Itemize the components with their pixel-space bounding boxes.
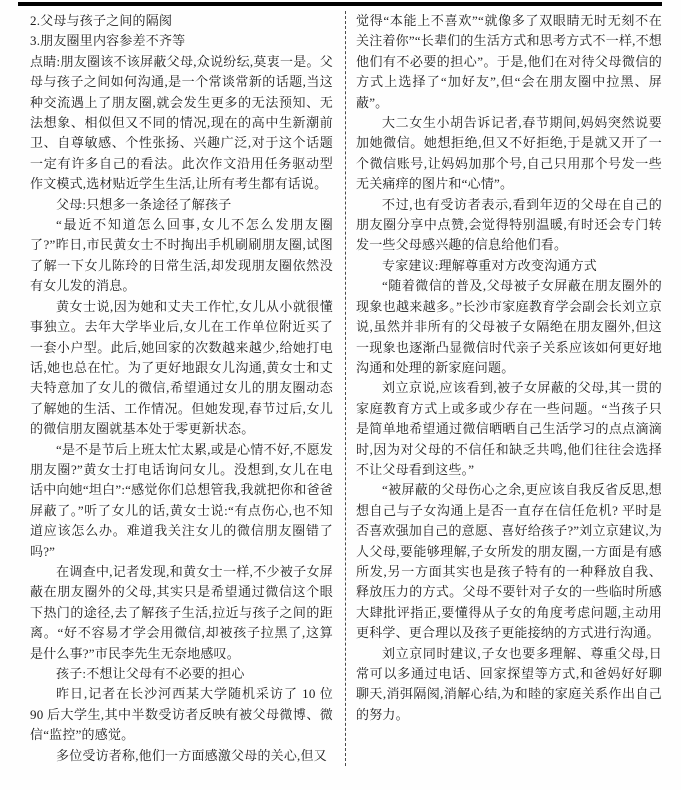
article-paragraph: 点睛:朋友圈该不该屏蔽父母,众说纷纭,莫衷一是。父母与孩子之间如何沟通,是一个常…	[30, 52, 333, 195]
section-subhead: 父母:只想多一条途径了解孩子	[30, 195, 333, 215]
article-paragraph: 3.朋友圈里内容参差不齐等	[30, 31, 333, 51]
article-paragraph: 黄女士说,因为她和丈夫工作忙,女儿从小就很懂事独立。去年大学毕业后,女儿在工作单…	[30, 297, 333, 440]
page-top-rule	[18, 2, 662, 6]
section-subhead: 专家建议:理解尊重对方改变沟通方式	[356, 256, 662, 276]
article-paragraph: “最近不知道怎么回事,女儿不怎么发朋友圈了?”昨日,市民黄女士不时掏出手机刷刷朋…	[30, 215, 333, 297]
article-paragraph: “被屏蔽的父母伤心之余,更应该自我反省反思,想想自己与子女沟通上是否一直存在信任…	[356, 480, 662, 643]
article-paragraph: 刘立京同时建议,子女也要多理解、尊重父母,日常可以多通过电话、回家探望等方式,和…	[356, 644, 662, 726]
scanned-article-page: 2.父母与孩子之间的隔阂3.朋友圈里内容参差不齐等点睛:朋友圈该不该屏蔽父母,众…	[0, 0, 681, 790]
column-divider-dashed-line	[345, 11, 346, 766]
article-columns: 2.父母与孩子之间的隔阂3.朋友圈里内容参差不齐等点睛:朋友圈该不该屏蔽父母,众…	[30, 11, 662, 766]
article-paragraph: “是不是节后上班太忙太累,或是心情不好,不愿发朋友圈?”黄女士打电话询问女儿。没…	[30, 440, 333, 562]
article-paragraph: 刘立京说,应该看到,被子女屏蔽的父母,其一贯的家庭教育方式上或多或少存在一些问题…	[356, 378, 662, 480]
article-paragraph: 大二女生小胡告诉记者,春节期间,妈妈突然说要加她微信。她想拒绝,但又不好拒绝,于…	[356, 113, 662, 195]
article-paragraph: 在调查中,记者发现,和黄女士一样,不少被子女屏蔽在朋友圈外的父母,其实只是希望通…	[30, 562, 333, 664]
article-column-left: 2.父母与孩子之间的隔阂3.朋友圈里内容参差不齐等点睛:朋友圈该不该屏蔽父母,众…	[30, 11, 333, 766]
article-column-right: 觉得“本能上不喜欢”“就像多了双眼睛无时无刻不在关注着你”“长辈们的生活方式和思…	[356, 11, 662, 725]
article-paragraph: “随着微信的普及,父母被子女屏蔽在朋友圈外的现象也越来越多。”长沙市家庭教育学会…	[356, 276, 662, 378]
article-paragraph: 2.父母与孩子之间的隔阂	[30, 11, 333, 31]
article-paragraph: 多位受访者称,他们一方面感激父母的关心,但又	[30, 746, 333, 766]
article-paragraph: 不过,也有受访者表示,看到年迈的父母在自己的朋友圈分享中点赞,会觉得特别温暖,有…	[356, 195, 662, 256]
article-paragraph: 昨日,记者在长沙河西某大学随机采访了 10 位 90 后大学生,其中半数受访者反…	[30, 684, 333, 745]
section-subhead: 孩子:不想让父母有不必要的担心	[30, 664, 333, 684]
article-paragraph: 觉得“本能上不喜欢”“就像多了双眼睛无时无刻不在关注着你”“长辈们的生活方式和思…	[356, 11, 662, 113]
